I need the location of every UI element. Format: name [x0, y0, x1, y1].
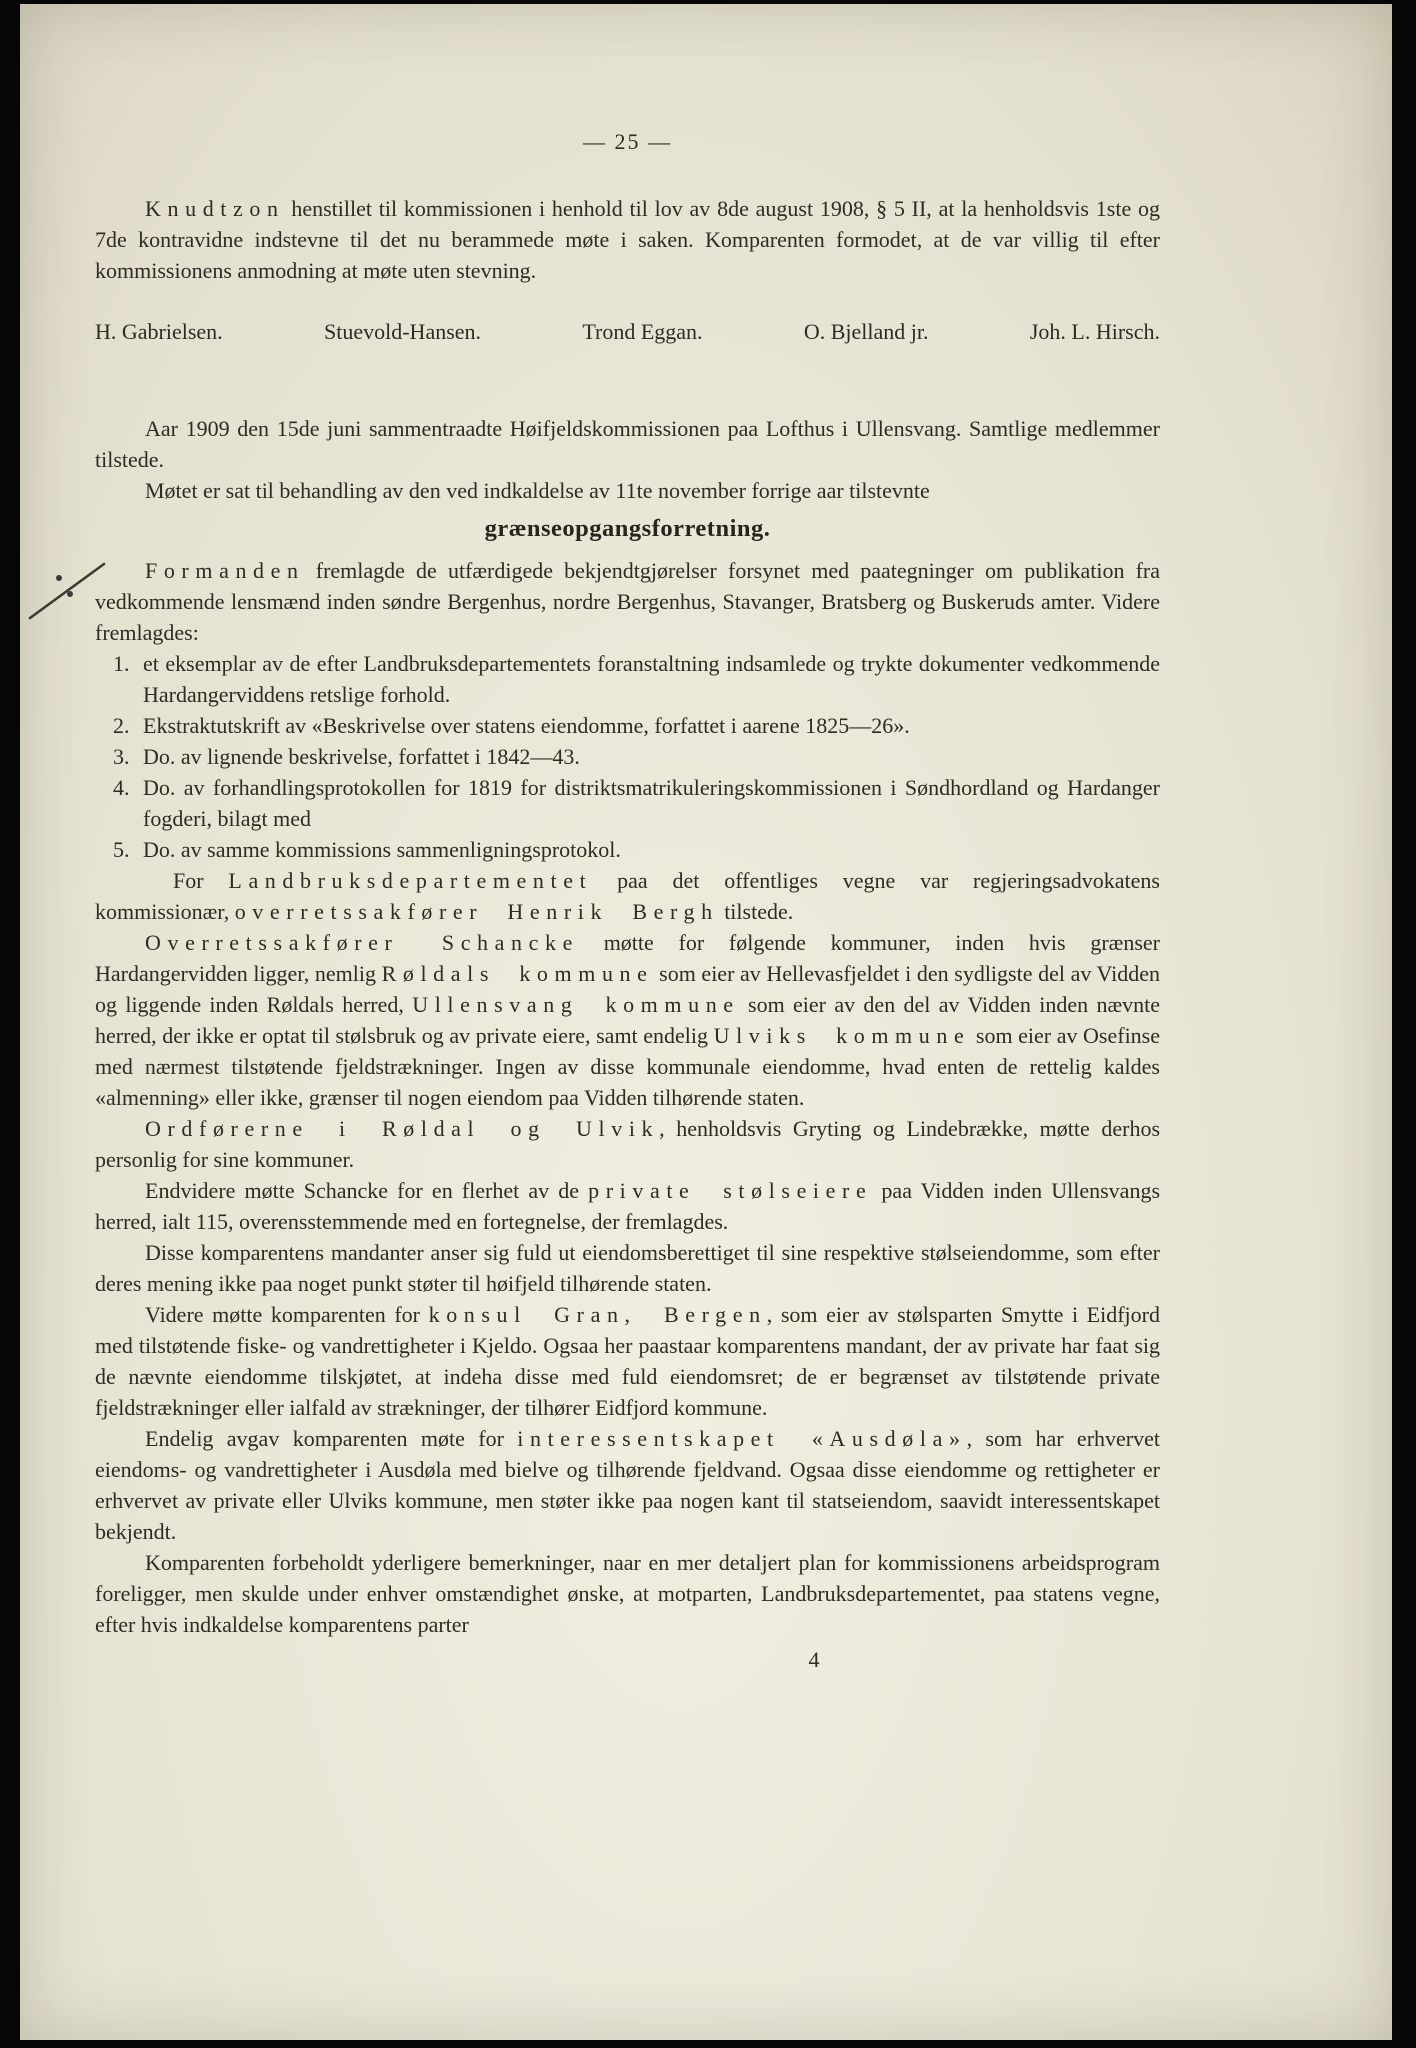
list-item-number: 5.: [113, 834, 130, 865]
spaced-text: overretssakfører Henrik Bergh: [235, 899, 719, 924]
paragraph: Aar 1909 den 15de juni sammentraadte Høi…: [95, 413, 1160, 475]
signature-name: Stuevold-Hansen.: [324, 316, 481, 347]
paragraph: Disse komparentens mandanter anser sig f…: [95, 1237, 1160, 1299]
list-item-text: et eksemplar av de efter Landbruksdepart…: [143, 651, 1160, 707]
spaced-text: interessentskapet «Ausdøla»: [517, 1426, 966, 1451]
text-run: Aar 1909 den 15de juni sammentraadte Høi…: [95, 416, 1160, 472]
spaced-text: Røldals kommune: [382, 961, 654, 986]
list-item-number: 1.: [113, 648, 130, 679]
section-heading: grænseopgangsforretning.: [95, 512, 1160, 545]
spaced-text: Ulviks kommune: [714, 1023, 971, 1048]
paragraph: Endelig avgav komparenten møte for inter…: [95, 1423, 1160, 1547]
spaced-text: Landbruksdepartementet: [228, 868, 592, 893]
signature-name: H. Gabrielsen.: [95, 316, 223, 347]
list-item-number: 4.: [113, 772, 130, 803]
list-item-number: 2.: [113, 710, 130, 741]
text-run: For: [173, 868, 228, 893]
paragraph: Videre møtte komparenten for konsul Gran…: [95, 1299, 1160, 1423]
list-item: 4.Do. av forhandlingsprotokollen for 181…: [95, 772, 1160, 834]
paragraph: Endvidere møtte Schancke for en flerhet …: [95, 1175, 1160, 1237]
spaced-text: private stølseiere: [588, 1178, 872, 1203]
list-item: 3.Do. av lignende beskrivelse, forfattet…: [95, 741, 1160, 772]
spaced-text: Overretssakfører Schancke: [145, 930, 579, 955]
text-run: Endelig avgav komparenten møte for: [145, 1426, 517, 1451]
sheet-signature-number: 4: [95, 1644, 1160, 1675]
paragraph: Komparenten forbeholdt yderligere bemerk…: [95, 1547, 1160, 1640]
paragraph: Knudtzon henstillet til kommissionen i h…: [95, 193, 1160, 286]
spaced-text: Ullensvang kommune: [412, 992, 739, 1017]
signature-name: Trond Eggan.: [582, 316, 702, 347]
list-item-text: Do. av forhandlingsprotokollen for 1819 …: [143, 775, 1160, 831]
spaced-text: Formanden: [145, 558, 305, 583]
page-number: — 25 —: [95, 126, 1160, 157]
page-text-block: — 25 — Knudtzon henstillet til kommissio…: [95, 4, 1160, 1675]
text-run: tilstede.: [719, 899, 794, 924]
signature-name: Joh. L. Hirsch.: [1030, 316, 1160, 347]
paragraph: For Landbruksdepartementet paa det offen…: [95, 865, 1160, 927]
spaced-text: konsul Gran, Bergen: [429, 1302, 767, 1327]
list-item: 1.et eksemplar av de efter Landbruksdepa…: [95, 648, 1160, 710]
text-run: Endvidere møtte Schancke for en flerhet …: [145, 1178, 588, 1203]
paragraph: Møtet er sat til behandling av den ved i…: [95, 475, 1160, 506]
list-item-number: 3.: [113, 741, 130, 772]
paragraph: Formanden fremlagde de utfærdigede bekje…: [95, 555, 1160, 648]
list-item-text: Do. av lignende beskrivelse, forfattet i…: [143, 744, 580, 769]
paragraph: Overretssakfører Schancke møtte for følg…: [95, 927, 1160, 1113]
signatures-row: H. Gabrielsen.Stuevold-Hansen.Trond Egga…: [95, 316, 1160, 347]
list-item-text: Do. av samme kommissions sammenligningsp…: [143, 837, 621, 862]
text-run: Komparenten forbeholdt yderligere bemerk…: [95, 1550, 1160, 1637]
paragraph: Ordførerne i Røldal og Ulvik, henholdsvi…: [95, 1113, 1160, 1175]
text-run: Videre møtte komparenten for: [145, 1302, 429, 1327]
list-item: 5.Do. av samme kommissions sammenligning…: [95, 834, 1160, 865]
list-item: 2.Ekstraktutskrift av «Beskrivelse over …: [95, 710, 1160, 741]
spaced-text: Knudtzon: [145, 196, 285, 221]
text-run: Møtet er sat til behandling av den ved i…: [145, 478, 930, 503]
list-item-text: Ekstraktutskrift av «Beskrivelse over st…: [143, 713, 910, 738]
book-page: — 25 — Knudtzon henstillet til kommissio…: [20, 4, 1392, 2040]
scanned-book-page-screenshot: — 25 — Knudtzon henstillet til kommissio…: [0, 0, 1416, 2048]
numbered-list: 1.et eksemplar av de efter Landbruksdepa…: [95, 648, 1160, 865]
spaced-text: Ordførerne i Røldal og Ulvik: [145, 1116, 659, 1141]
page-content: Knudtzon henstillet til kommissionen i h…: [95, 193, 1160, 1640]
signature-name: O. Bjelland jr.: [804, 316, 929, 347]
text-run: Disse komparentens mandanter anser sig f…: [95, 1240, 1160, 1296]
